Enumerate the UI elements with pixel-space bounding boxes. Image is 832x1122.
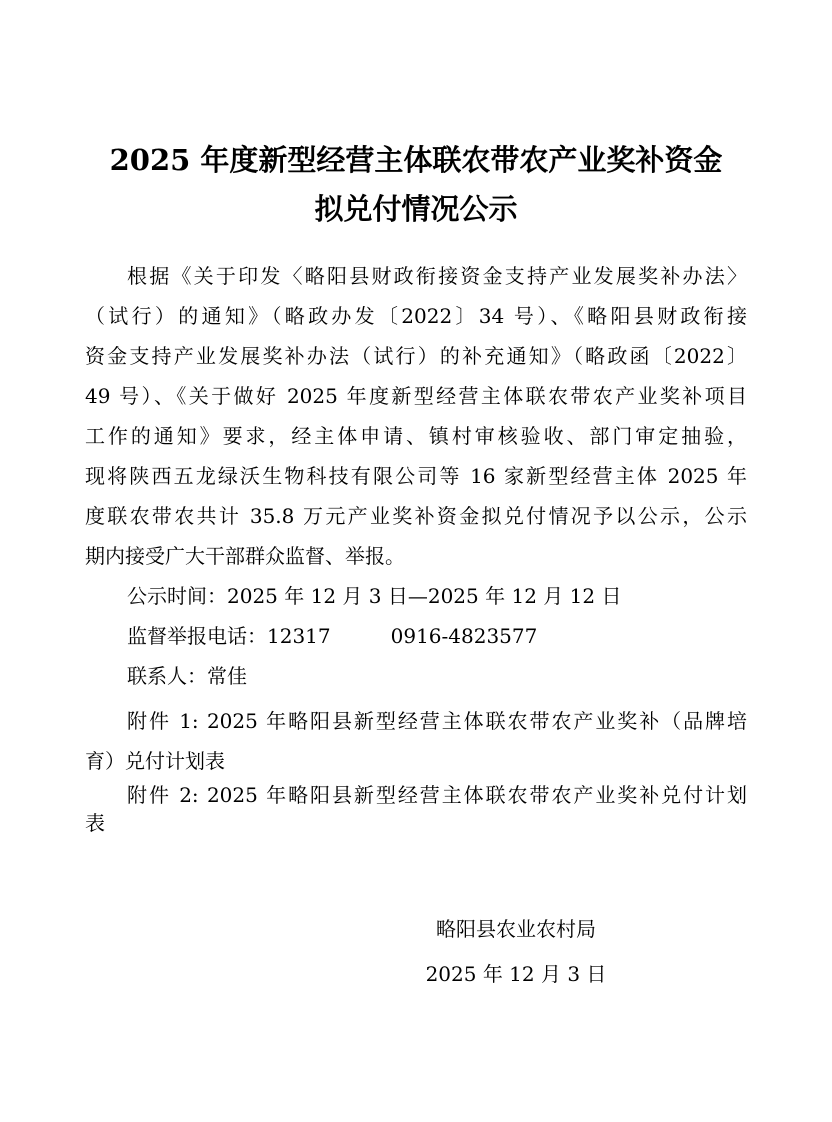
body-line: （试行）的通知》（略政办发〔2022〕34 号）、《略阳县财政衔接 <box>85 296 747 336</box>
document-title: 2025 年度新型经营主体联农带农产业奖补资金 拟兑付情况公示 <box>60 136 772 234</box>
document-page: 2025 年度新型经营主体联农带农产业奖补资金 拟兑付情况公示 根据《关于印发〈… <box>0 0 832 1122</box>
signature-block: 略阳县农业农村局 2025 年 12 月 3 日 <box>396 907 636 997</box>
body-line: 度联农带农共计 35.8 万元产业奖补资金拟兑付情况予以公示，公示 <box>85 496 747 536</box>
body-line: 工作的通知》要求，经主体申请、镇村审核验收、部门审定抽验， <box>85 416 747 456</box>
contact-person-line: 联系人：常佳 <box>85 656 747 696</box>
document-title-line1: 2025 年度新型经营主体联农带农产业奖补资金 <box>60 136 772 185</box>
body-line: 49 号）、《关于做好 2025 年度新型经营主体联农带农产业奖补项目 <box>85 376 747 416</box>
body-line: 现将陕西五龙绿沃生物科技有限公司等 16 家新型经营主体 2025 年 <box>85 456 747 496</box>
body-line: 根据《关于印发〈略阳县财政衔接资金支持产业发展奖补办法〉 <box>85 256 747 296</box>
signature-date: 2025 年 12 月 3 日 <box>396 952 636 997</box>
hotline-line: 监督举报电话：12317 0916-4823577 <box>85 616 747 656</box>
publicity-period-line: 公示时间：2025 年 12 月 3 日—2025 年 12 月 12 日 <box>85 576 747 616</box>
signature-organization: 略阳县农业农村局 <box>396 907 636 952</box>
body-line: 资金支持产业发展奖补办法（试行）的补充通知》（略政函〔2022〕 <box>85 336 747 376</box>
document-title-line2: 拟兑付情况公示 <box>60 185 772 234</box>
attachment-1-line-cont: 育）兑付计划表 <box>85 741 747 781</box>
attachment-2-line: 附件 2: 2025 年略阳县新型经营主体联农带农产业奖补兑付计划 <box>85 781 747 809</box>
document-body: 根据《关于印发〈略阳县财政衔接资金支持产业发展奖补办法〉 （试行）的通知》（略政… <box>0 256 832 837</box>
attachment-2-line-cont: 表 <box>85 809 747 837</box>
body-line: 期内接受广大干部群众监督、举报。 <box>85 536 747 576</box>
attachment-1-line: 附件 1: 2025 年略阳县新型经营主体联农带农产业奖补（品牌培 <box>85 701 747 741</box>
